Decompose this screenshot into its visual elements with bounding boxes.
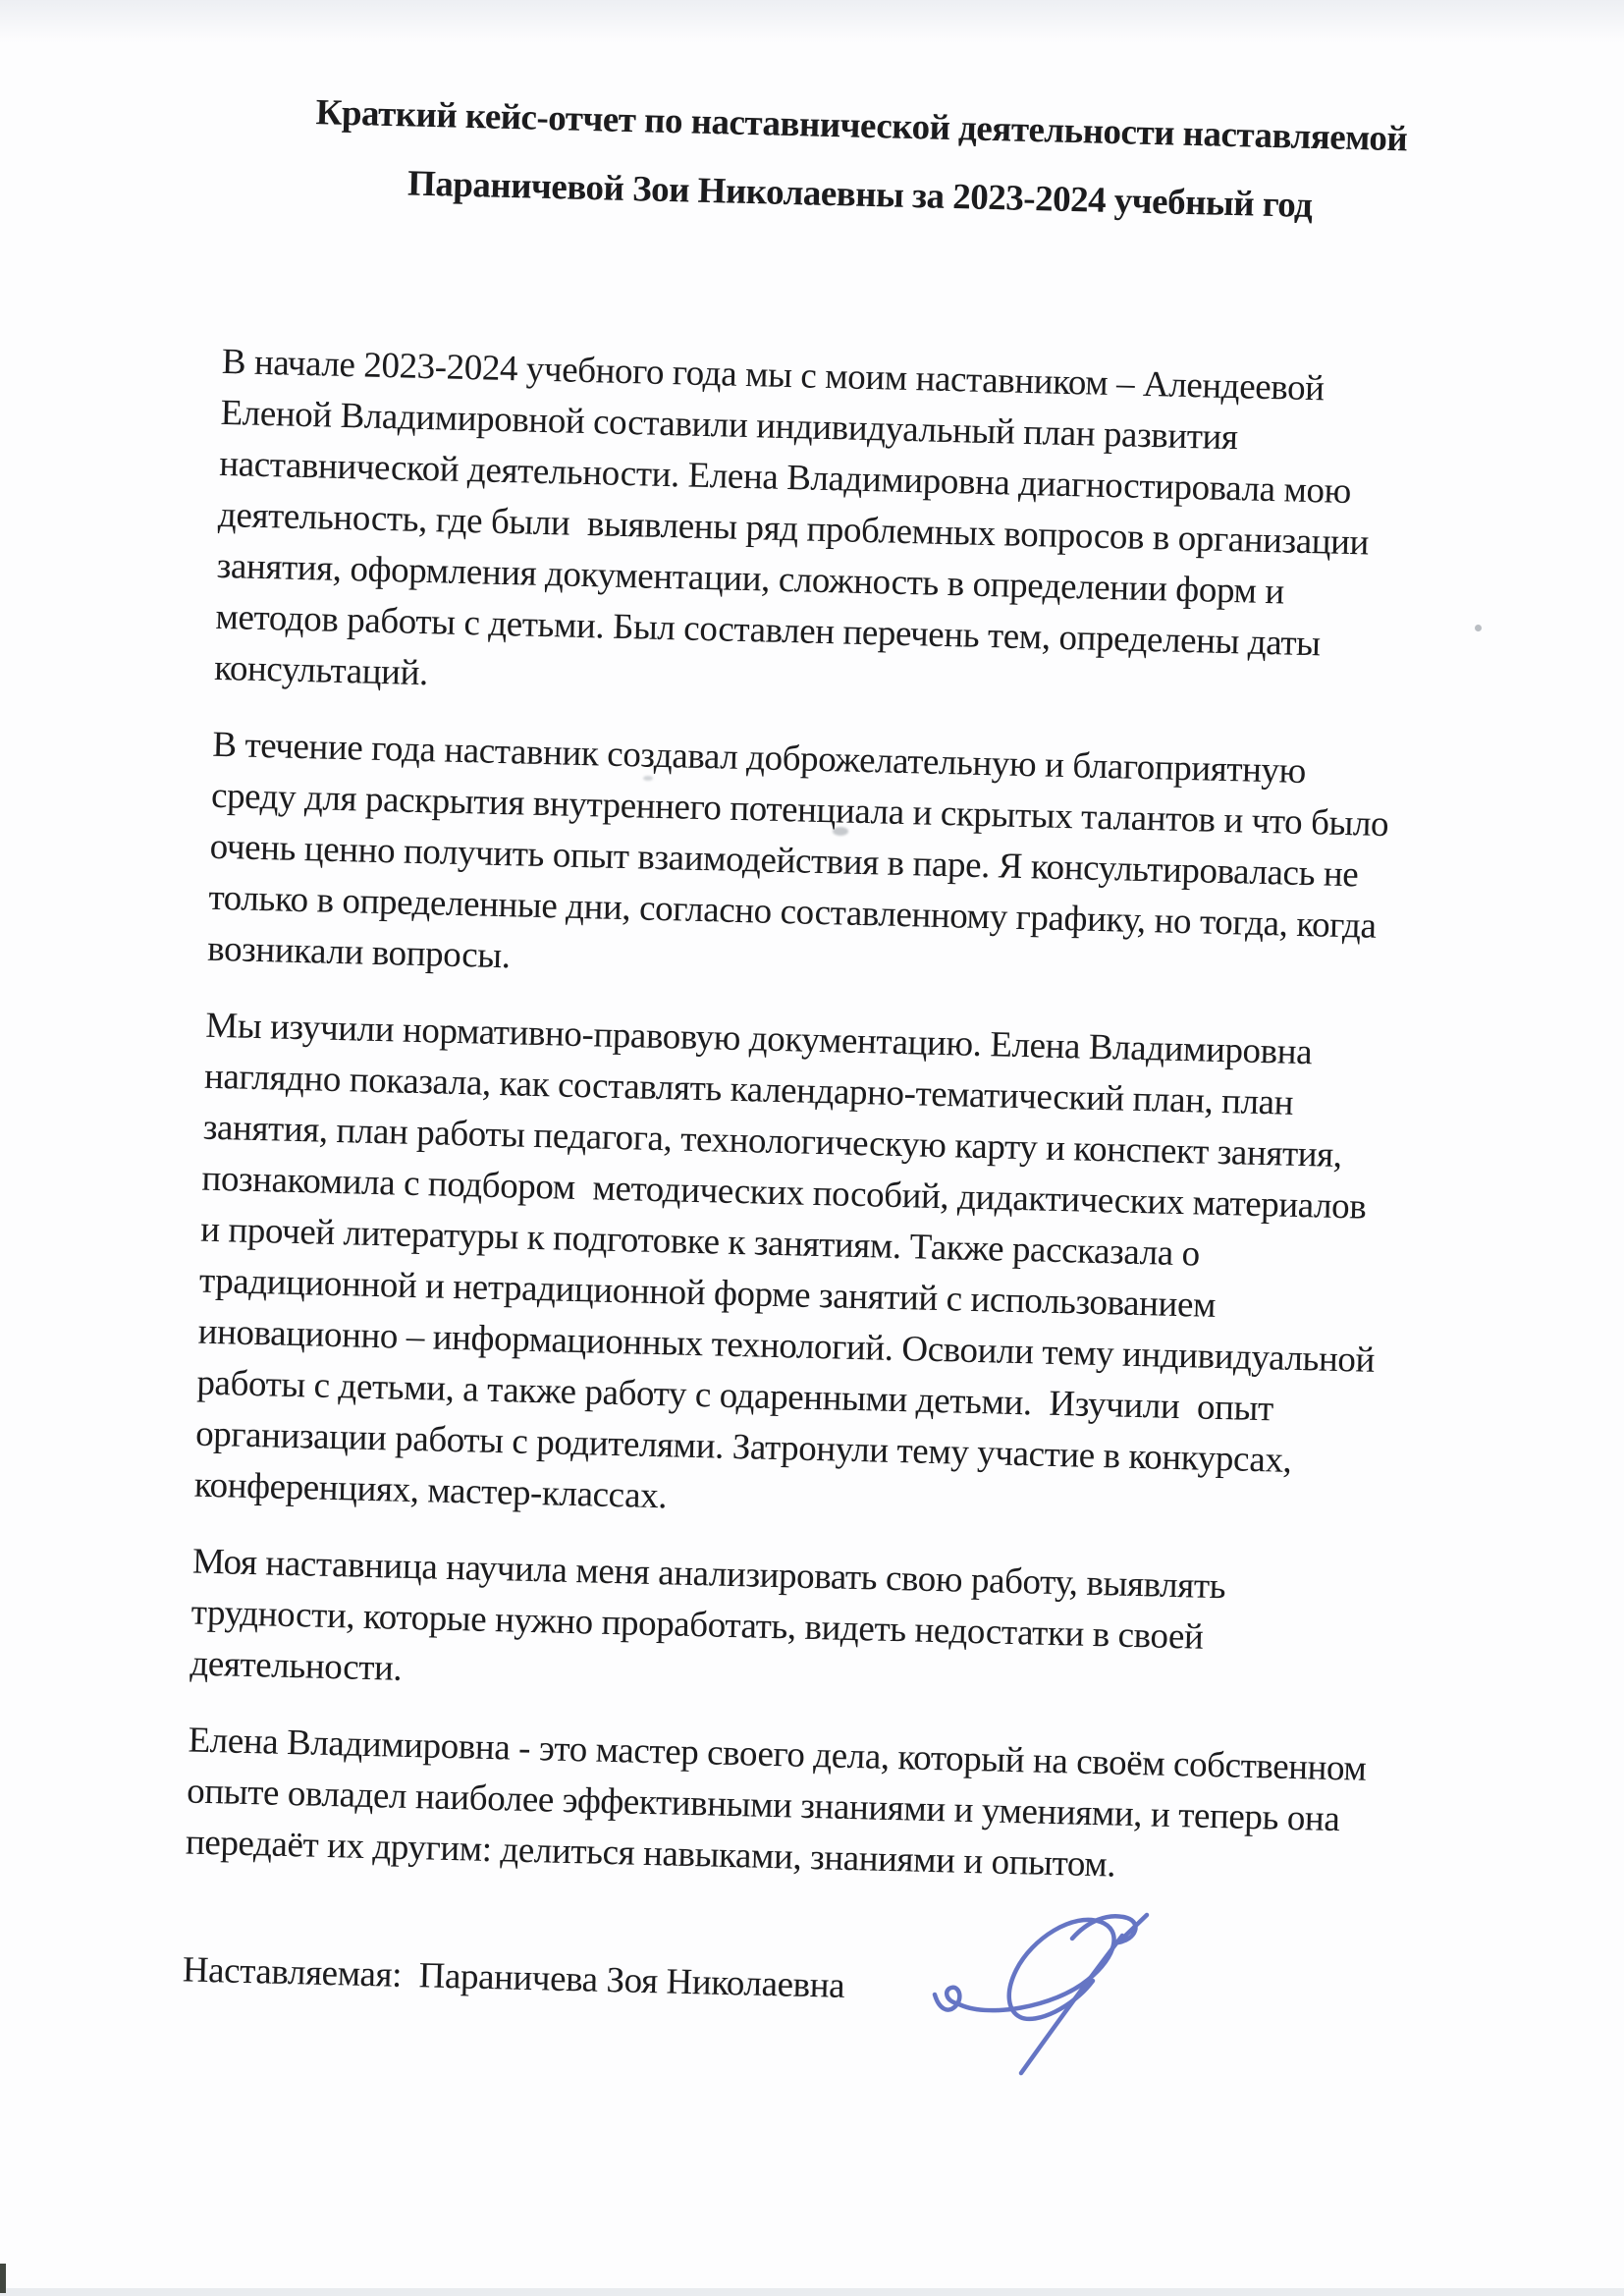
scan-speck <box>1475 625 1482 631</box>
scanned-page: Краткий кейс-отчет по наставнической дея… <box>0 0 1624 2296</box>
document-content: Краткий кейс-отчет по наставнической дея… <box>182 77 1480 2027</box>
document-body: В начале 2023-2024 учебного года мы с мо… <box>185 337 1474 1899</box>
scanner-edge-mark <box>0 2264 6 2293</box>
handwritten-signature <box>925 1908 1170 2080</box>
signature-line: Наставляемая: Параничева Зоя Николаевна <box>182 1944 1435 2026</box>
paragraph: В течение года наставник создавал доброж… <box>207 720 1465 1006</box>
paragraph: В начале 2023-2024 учебного года мы с мо… <box>214 337 1475 725</box>
scanner-edge-shadow-bottom <box>0 2288 1624 2296</box>
paragraph: Моя наставница научила меня анализироват… <box>189 1537 1444 1721</box>
paragraph: Мы изучили нормативно-правовую документа… <box>193 1001 1457 1542</box>
paragraph: Елена Владимировна - это мастер своего д… <box>185 1716 1439 1899</box>
scanner-edge-shadow-top <box>0 0 1624 43</box>
document-title: Краткий кейс-отчет по наставнической дея… <box>226 77 1481 245</box>
signature-strokes <box>935 1915 1147 2073</box>
